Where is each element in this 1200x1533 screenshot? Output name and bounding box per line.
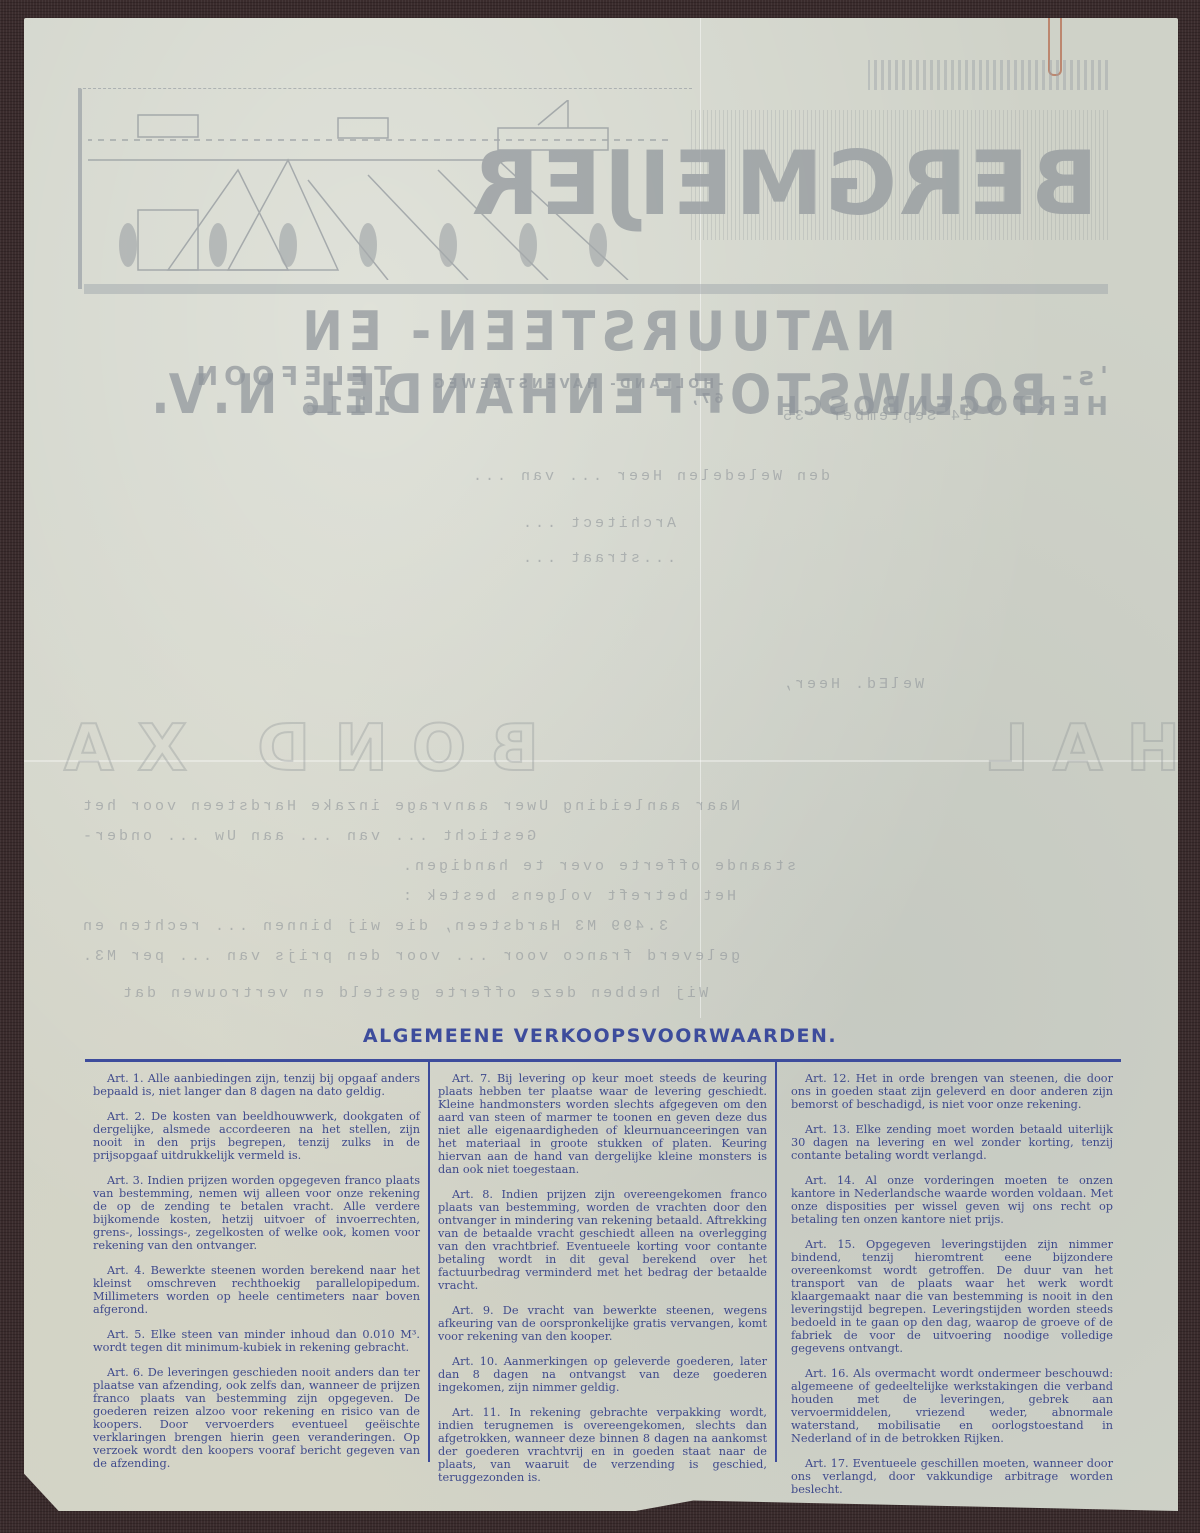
article-2: Art. 2. De kosten van beeldhouwwerk, doo… [93, 1110, 420, 1162]
article-1: Art. 1. Alle aanbiedingen zijn, tenzij b… [93, 1072, 420, 1098]
typed-body-line-3: staande offerte over te handigen. [400, 858, 796, 875]
letterhead-bleedthrough: BERGMEIJER [84, 60, 1108, 300]
article-16: Art. 16. Als overmacht wordt ondermeer b… [791, 1367, 1113, 1445]
article-5: Art. 5. Elke steen van minder inhoud dan… [93, 1328, 420, 1354]
terms-table: Art. 1. Alle aanbiedingen zijn, tenzij b… [85, 1062, 1121, 1508]
article-12: Art. 12. Het in orde brengen van steenen… [791, 1072, 1113, 1111]
typed-body-line-1: Naar aanleiding Uwer aanvrage inzake Har… [80, 798, 740, 815]
article-9: Art. 9. De vracht van bewerkte steenen, … [438, 1304, 767, 1343]
article-6: Art. 6. De leveringen geschieden nooit a… [93, 1366, 420, 1470]
typed-body-line-4: Het betreft volgens bestek : [400, 888, 736, 905]
article-7: Art. 7. Bij levering op keur moet steeds… [438, 1072, 767, 1176]
article-3: Art. 3. Indien prijzen worden opgegeven … [93, 1174, 420, 1252]
typed-body-line-7: Wij hebben deze offerte gesteld en vertr… [120, 985, 708, 1002]
letterhead-phone: TELEFOON 1116 [84, 362, 392, 422]
letterhead-rule [84, 284, 1108, 294]
article-4: Art. 4. Bewerkte steenen worden berekend… [93, 1264, 420, 1316]
typed-body-line-6: geleverd franco voor ... voor den prijs … [80, 948, 740, 965]
terms-column-1: Art. 1. Alle aanbiedingen zijn, tenzij b… [85, 1062, 428, 1508]
paper-watermark: HAL BOND XA [40, 712, 1180, 786]
typed-recipient-line-3: ...straat ... [520, 550, 676, 567]
watermark-right: BOND XA [40, 712, 539, 786]
article-10: Art. 10. Aanmerkingen op geleverde goede… [438, 1355, 767, 1394]
terms-column-3: Art. 12. Het in orde brengen van steenen… [777, 1062, 1121, 1508]
article-14: Art. 14. Al onze vorderingen moeten te o… [791, 1174, 1113, 1226]
typed-recipient-line-1: den Weledelen Heer ... van ... [470, 468, 830, 485]
terms-title: ALGEMEENE VERKOOPSVOORWAARDEN. [300, 1025, 900, 1047]
typed-recipient-line-2: Architect ... [520, 515, 676, 532]
typed-body-line-2: Gesticht ... van ... aan Uw ... onder- [80, 828, 536, 845]
article-15: Art. 15. Opgegeven leveringstijden zijn … [791, 1238, 1113, 1355]
letterhead-fence-decoration [868, 60, 1108, 90]
terms-column-2: Art. 7. Bij levering op keur moet steeds… [428, 1062, 777, 1462]
article-17: Art. 17. Eventueele geschillen moeten, w… [791, 1457, 1113, 1496]
typed-salutation: WelEd. Heer, [780, 676, 924, 693]
article-8: Art. 8. Indien prijzen zijn overeengekom… [438, 1188, 767, 1292]
article-11: Art. 11. In rekening gebrachte verpakkin… [438, 1406, 767, 1484]
stoneyard-illustration-icon [88, 100, 668, 280]
typed-body-line-5: 3.499 M3 Hardsteen, die wij binnen ... r… [80, 918, 668, 935]
article-13: Art. 13. Elke zending moet worden betaal… [791, 1123, 1113, 1162]
letterhead-street: -HOLLAND- HAVENSTEEWEG 67, [392, 377, 724, 407]
typed-date: 14 September '35 [780, 408, 972, 425]
watermark-left: HAL [964, 712, 1180, 786]
